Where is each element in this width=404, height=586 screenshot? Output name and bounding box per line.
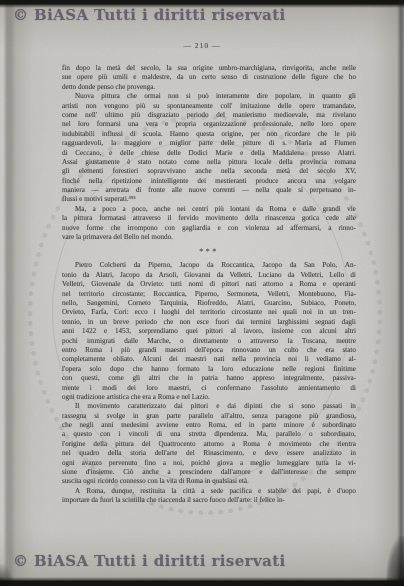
scanned-book-page: { "colors": { "paper": "#c9c7c3", "ink":… xyxy=(0,0,404,586)
text-line: lapitturaformatasiattraversoilfervidomov… xyxy=(62,214,356,223)
text-line: vare la primavera del Bello nel mondo. xyxy=(62,233,356,242)
text-line: indubitabiliinflussidiscuola.Hannoquesta… xyxy=(62,130,356,139)
text-line: aquestoconivincolidiunastrettadipendenza… xyxy=(62,430,356,439)
text-line: anni1422e1453,sorprendiamoqueipittoriall… xyxy=(62,327,356,336)
page-number: — 210 — xyxy=(0,41,404,50)
text-line: Orvieto,Farfa,Cori:eccoiluoghidelterrito… xyxy=(62,308,356,317)
text-line: entroRomaipiùgrandimaestridell'epocarinn… xyxy=(62,346,356,355)
paragraph: PietroColchertidaPiperno,JacopodaRoccant… xyxy=(62,261,356,402)
scan-edge-bottom xyxy=(0,577,404,586)
text-line: Assaigiustamenteèstatonotatocomenellapit… xyxy=(62,158,356,167)
text-line: PietroColchertidaPiperno,JacopodaRoccant… xyxy=(62,261,356,270)
text-line: Ilmovimentocaratterizzatodaipittoriedaid… xyxy=(62,402,356,411)
text-line: sioned'insieme.Ciòancheaprescinderedall'… xyxy=(62,468,356,477)
text-line: ogniavanzopervenutofinoanoi,poichégiovaa… xyxy=(62,459,356,468)
text-line: rassegnasisvolgeingranparteparalleloall'… xyxy=(62,412,356,421)
scan-corner-bottom-right xyxy=(386,536,404,586)
text-line: suscita ogni ricordo connesso con la vit… xyxy=(62,477,356,486)
page-text: findopolametàdelsecolo,lasuaorigineumbro… xyxy=(62,64,356,506)
text-line: toniodaAlatri,JacopodaArsoli,GiovannidaV… xyxy=(62,271,356,280)
text-line: detto donde penso che provenga. xyxy=(62,83,356,92)
text-line: comenell'ultimopiùdisgraziatoperiododelm… xyxy=(62,111,356,120)
text-line: diCeccano,edellechiesedelleDodiciMarieed… xyxy=(62,149,356,158)
text-line: ogni tradizione artistica che era a Roma… xyxy=(62,393,356,402)
text-line: tennio,inunbreveperiodochenonescefuorida… xyxy=(62,318,356,327)
text-line: flussi e motivi superati.³⁹⁵ xyxy=(62,195,356,204)
text-line: pochiimmigratidalleMarche,odirettamenteo… xyxy=(62,337,356,346)
text-line: importare da fuori la scintilla che riac… xyxy=(62,496,356,505)
paragraph: findopolametàdelsecolo,lasuaorigineumbro… xyxy=(62,64,356,92)
text-line: chenegliannimedesimiavvieneentroRoma,edi… xyxy=(62,421,356,430)
text-line: nello,Sangemini,CornetoTarquinia,Riofred… xyxy=(62,299,356,308)
text-line: Velletri,GiovenaledaOrvieto:tuttinomidip… xyxy=(62,280,356,289)
text-line: sueoperepiùumiliemaldestre,dauncertosens… xyxy=(62,73,356,82)
text-line: nelloroformarsiunaveraepropriaorganizzaz… xyxy=(62,120,356,129)
paragraph: Nuovapitturacheormainonsipuòinteramented… xyxy=(62,92,356,205)
text-line: nelquadrodellastoriadell'artedelRinascim… xyxy=(62,449,356,458)
scan-edge-right xyxy=(397,0,404,586)
scan-corner-bottom-left xyxy=(0,564,14,586)
text-line: ARoma,dunque,restituitalacittàasedepacif… xyxy=(62,487,356,496)
text-line: completamenteobliato.Alcunideimaestrinat… xyxy=(62,355,356,364)
section-separator: *** xyxy=(62,247,356,256)
text-line: nelterritoriocircostante;Roccantica,Pipe… xyxy=(62,290,356,299)
text-line: findopolametàdelsecolo,lasuaorigineumbro… xyxy=(62,64,356,73)
paragraph: Ilmovimentocaratterizzatodaipittoriedaid… xyxy=(62,402,356,487)
text-line: conquesti,comeglialtricheinpatriahannoap… xyxy=(62,374,356,383)
paragraph: Ma,apocoapoco,ancheneicentripiùlontanida… xyxy=(62,205,356,243)
text-line: Ma,apocoapoco,ancheneicentripiùlontanida… xyxy=(62,205,356,214)
text-line: nuoveformecheirromponocongagliardiaeconv… xyxy=(62,224,356,233)
text-line: l'operasolodopochehannoformatolaloroeduc… xyxy=(62,365,356,374)
watermark-bottom: © BiASA Tutti i diritti riservati xyxy=(13,552,286,570)
text-line: ragguardevoli,lamaggioreemigliorpartedel… xyxy=(62,139,356,148)
text-line: artistinonvengonopiùsuspontaneamentecoll… xyxy=(62,102,356,111)
paragraph: ARoma,dunque,restituitalacittàasedepacif… xyxy=(62,487,356,506)
watermark-top: © BiASA Tutti i diritti riservati xyxy=(13,6,286,24)
text-line: Nuovapitturacheormainonsipuòinteramented… xyxy=(62,92,356,101)
text-line: l'originedellapitturadelQuattrocentoatto… xyxy=(62,440,356,449)
text-line: glielementiforestierisopravvivanoanchene… xyxy=(62,167,356,176)
text-line: maniera—arretratadifronteallenuovecorren… xyxy=(62,186,356,195)
text-line: finchénellaripetizioneinintelligentedeim… xyxy=(62,177,356,186)
text-line: menteimodideiloromaestri,ciconfermanol'a… xyxy=(62,384,356,393)
